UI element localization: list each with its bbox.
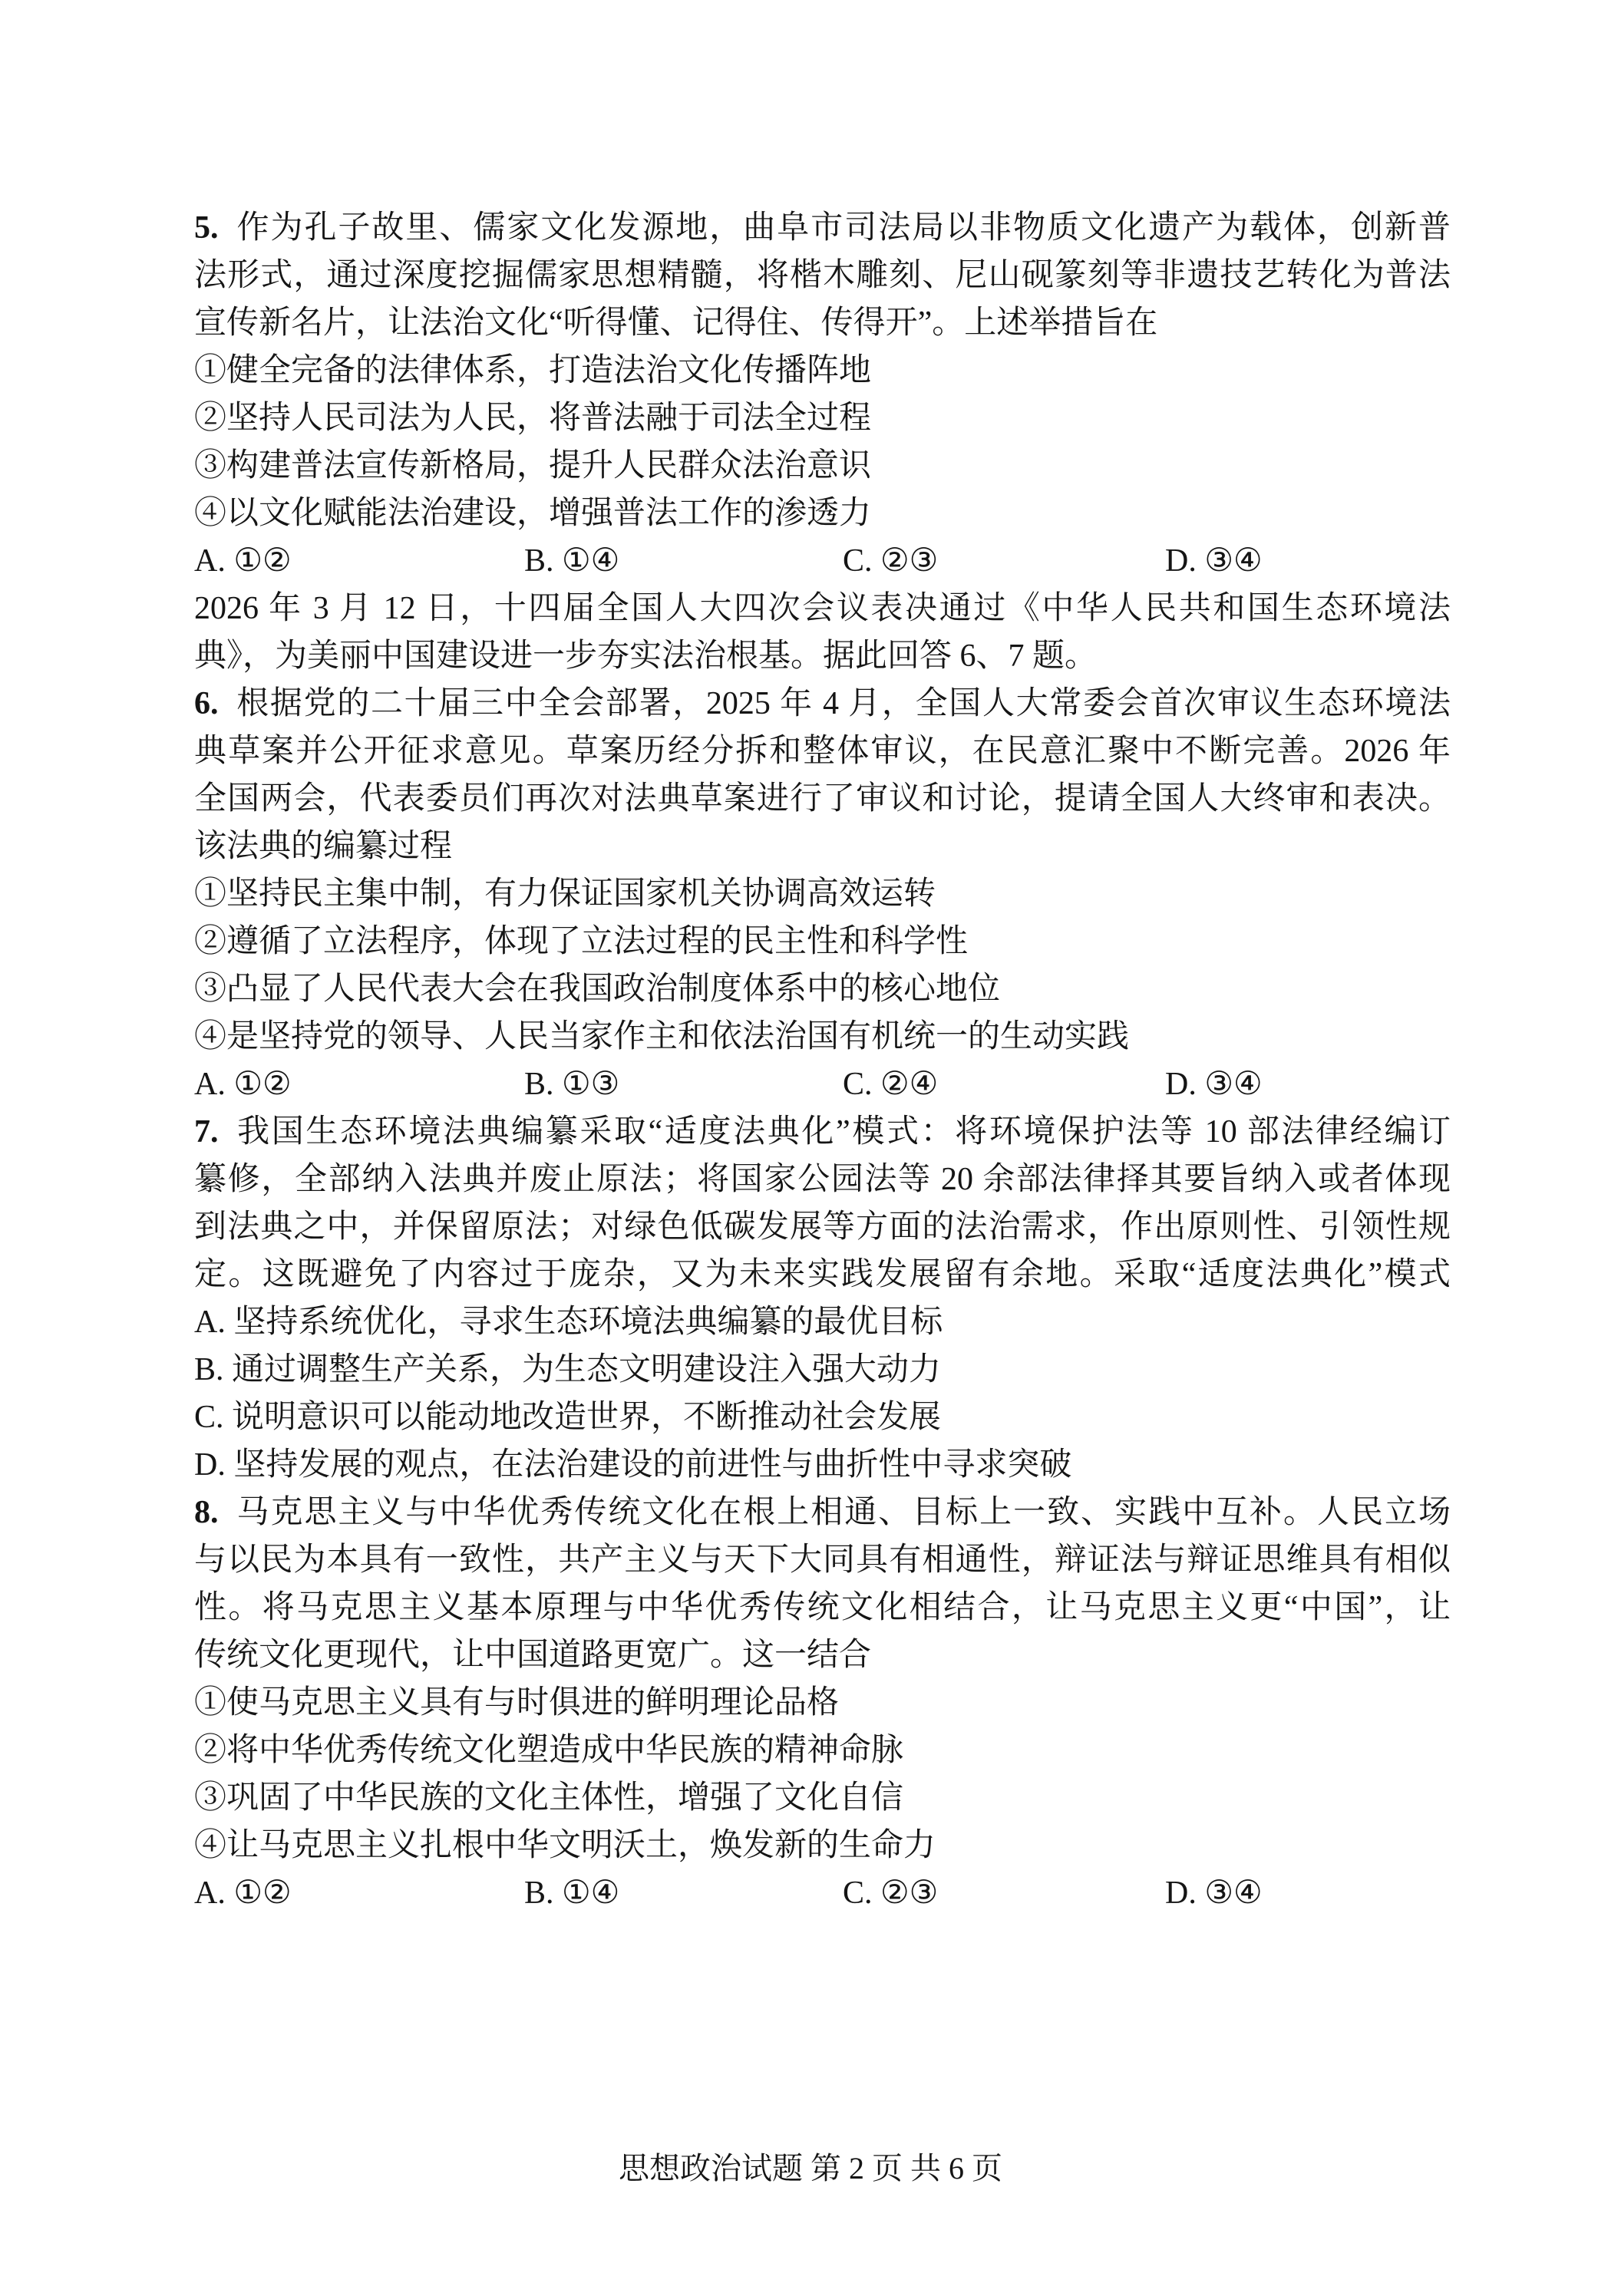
- exam-page: 5.作为孔子故里、儒家文化发源地，曲阜市司法局以非物质文化遗产为载体，创新普 法…: [0, 0, 1621, 2296]
- question-6-line-2: 典草案并公开征求意见。草案历经分拆和整体审议，在民意汇聚中不断完善。2026 年: [194, 727, 1451, 775]
- question-7-choice-c: C. 说明意识可以能动地改造世界，不断推动社会发展: [194, 1394, 1451, 1441]
- question-5-option-4: ④以文化赋能法治建设，增强普法工作的渗透力: [194, 490, 1451, 537]
- page-content: 5.作为孔子故里、儒家文化发源地，曲阜市司法局以非物质文化遗产为载体，创新普 法…: [194, 204, 1451, 1917]
- question-5-option-3: ③构建普法宣传新格局，提升人民群众法治意识: [194, 442, 1451, 490]
- question-6-choice-c: C. ②④: [843, 1061, 1165, 1108]
- question-7-choice-a: A. 坚持系统优化，寻求生态环境法典编纂的最优目标: [194, 1298, 1451, 1346]
- question-8-choice-a: A. ①②: [194, 1869, 524, 1917]
- question-7-choice-d: D. 坚持发展的观点，在法治建设的前进性与曲折性中寻求突破: [194, 1441, 1451, 1489]
- question-6-option-2: ②遵循了立法程序，体现了立法过程的民主性和科学性: [194, 918, 1451, 965]
- question-8-text: 马克思主义与中华优秀传统文化在根上相通、目标上一致、实践中互补。人民立场: [236, 1495, 1451, 1530]
- question-8-line-3: 性。将马克思主义基本原理与中华优秀传统文化相结合，让马克思主义更“中国”，让: [194, 1584, 1451, 1631]
- question-5-line-2: 法形式，通过深度挖掘儒家思想精髓，将楷木雕刻、尼山砚篆刻等非遗技艺转化为普法: [194, 252, 1451, 299]
- question-6-option-1: ①坚持民主集中制，有力保证国家机关协调高效运转: [194, 870, 1451, 918]
- question-6-choice-d: D. ③④: [1165, 1061, 1451, 1108]
- question-5-option-2: ②坚持人民司法为人民，将普法融于司法全过程: [194, 394, 1451, 442]
- question-6-number: 6.: [194, 686, 219, 721]
- question-5-choice-c: C. ②③: [843, 537, 1165, 585]
- question-7-number: 7.: [194, 1114, 219, 1150]
- question-8-option-4: ④让马克思主义扎根中华文明沃土，焕发新的生命力: [194, 1822, 1451, 1869]
- question-6-option-4: ④是坚持党的领导、人民当家作主和依法治国有机统一的生动实践: [194, 1013, 1451, 1061]
- question-5-number: 5.: [194, 210, 219, 246]
- question-5-option-1: ①健全完备的法律体系，打造法治文化传播阵地: [194, 347, 1451, 394]
- question-5-choice-d: D. ③④: [1165, 537, 1451, 585]
- question-8-choice-c: C. ②③: [843, 1869, 1165, 1917]
- question-6-line-4: 该法典的编纂过程: [194, 823, 1451, 870]
- question-8-option-3: ③巩固了中华民族的文化主体性，增强了文化自信: [194, 1774, 1451, 1822]
- question-6-choice-b: B. ①③: [524, 1061, 843, 1108]
- question-6-text: 根据党的二十届三中全会部署，2025 年 4 月，全国人大常委会首次审议生态环境…: [236, 686, 1451, 721]
- question-8-number: 8.: [194, 1495, 219, 1530]
- question-5-line-3: 宣传新名片，让法治文化“听得懂、记得住、传得开”。上述举措旨在: [194, 299, 1451, 347]
- page-footer: 思想政治试题 第 2 页 共 6 页: [0, 2147, 1621, 2190]
- question-8-line-2: 与以民为本具有一致性，共产主义与天下大同具有相通性，辩证法与辩证思维具有相似: [194, 1536, 1451, 1584]
- stem-6-7-line-1: 2026 年 3 月 12 日，十四届全国人大四次会议表决通过《中华人民共和国生…: [194, 585, 1451, 632]
- question-5-line-1: 5.作为孔子故里、儒家文化发源地，曲阜市司法局以非物质文化遗产为载体，创新普: [194, 204, 1451, 252]
- question-7-line-2: 纂修，全部纳入法典并废止原法；将国家公园法等 20 余部法律择其要旨纳入或者体现: [194, 1156, 1451, 1203]
- question-8-line-1: 8.马克思主义与中华优秀传统文化在根上相通、目标上一致、实践中互补。人民立场: [194, 1489, 1451, 1536]
- question-6-choice-a: A. ①②: [194, 1061, 524, 1108]
- question-5-text: 作为孔子故里、儒家文化发源地，曲阜市司法局以非物质文化遗产为载体，创新普: [236, 210, 1451, 246]
- stem-6-7-line-2: 典》，为美丽中国建设进一步夯实法治根基。据此回答 6、7 题。: [194, 632, 1451, 680]
- question-6-option-3: ③凸显了人民代表大会在我国政治制度体系中的核心地位: [194, 965, 1451, 1013]
- question-7-text: 我国生态环境法典编纂采取“适度法典化”模式：将环境保护法等 10 部法律经编订: [236, 1114, 1451, 1150]
- question-5-choice-b: B. ①④: [524, 537, 843, 585]
- question-5-choices: A. ①② B. ①④ C. ②③ D. ③④: [194, 537, 1451, 585]
- question-6-line-1: 6.根据党的二十届三中全会部署，2025 年 4 月，全国人大常委会首次审议生态…: [194, 680, 1451, 727]
- question-8-option-1: ①使马克思主义具有与时俱进的鲜明理论品格: [194, 1679, 1451, 1727]
- question-5-choice-a: A. ①②: [194, 537, 524, 585]
- question-8-option-2: ②将中华优秀传统文化塑造成中华民族的精神命脉: [194, 1727, 1451, 1774]
- question-8-choice-b: B. ①④: [524, 1869, 843, 1917]
- question-7-line-3: 到法典之中，并保留原法；对绿色低碳发展等方面的法治需求，作出原则性、引领性规: [194, 1203, 1451, 1251]
- question-8-choices: A. ①② B. ①④ C. ②③ D. ③④: [194, 1869, 1451, 1917]
- question-7-choice-b: B. 通过调整生产关系，为生态文明建设注入强大动力: [194, 1346, 1451, 1394]
- question-6-choices: A. ①② B. ①③ C. ②④ D. ③④: [194, 1061, 1451, 1108]
- question-8-choice-d: D. ③④: [1165, 1869, 1451, 1917]
- question-7-line-4: 定。这既避免了内容过于庞杂，又为未来实践发展留有余地。采取“适度法典化”模式: [194, 1251, 1451, 1298]
- question-8-line-4: 传统文化更现代，让中国道路更宽广。这一结合: [194, 1631, 1451, 1679]
- question-7-line-1: 7.我国生态环境法典编纂采取“适度法典化”模式：将环境保护法等 10 部法律经编…: [194, 1108, 1451, 1156]
- question-6-line-3: 全国两会，代表委员们再次对法典草案进行了审议和讨论，提请全国人大终审和表决。: [194, 775, 1451, 823]
